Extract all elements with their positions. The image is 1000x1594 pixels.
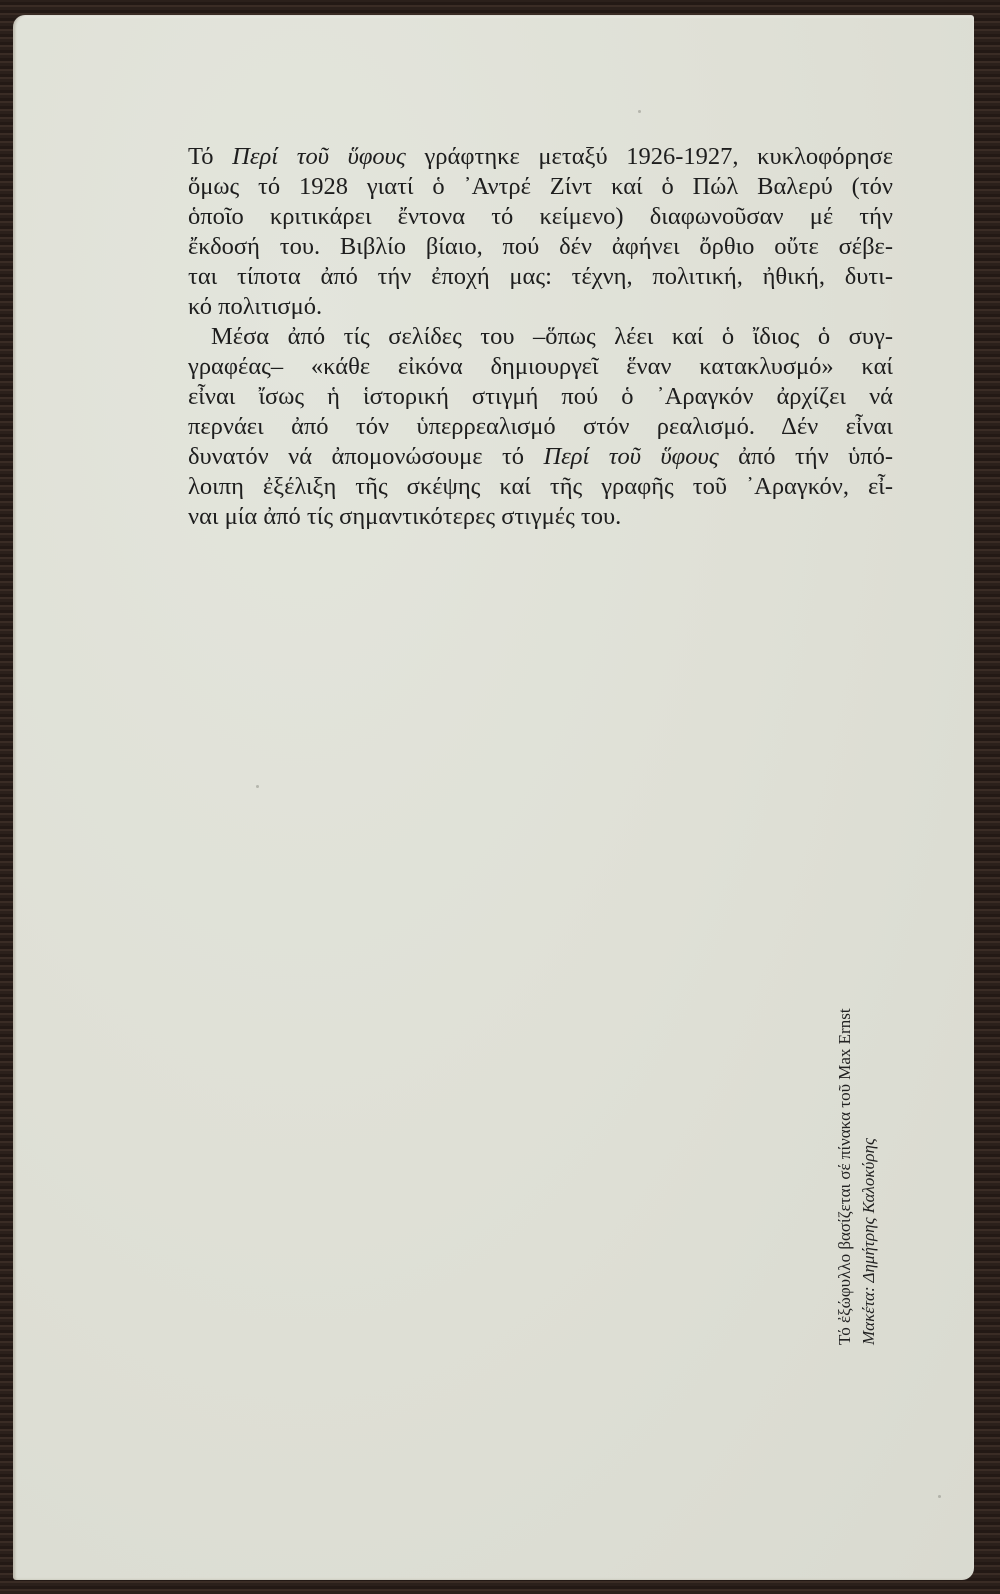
paper-speck bbox=[638, 110, 641, 113]
blurb-text: Τό Περί τοῦ ὕφους γράφτηκε μεταξύ 1926-1… bbox=[188, 142, 893, 532]
blurb-line: ὅμως τό 1928 γιατί ὁ ᾿Αντρέ Ζίντ καί ὁ Π… bbox=[188, 172, 893, 202]
blurb-paragraph-1: Τό Περί τοῦ ὕφους γράφτηκε μεταξύ 1926-1… bbox=[188, 142, 893, 322]
layout-credit: Μακέτα: Δημήτρης Καλοκύρης bbox=[857, 1008, 881, 1345]
blurb-line: ὁποῖο κριτικάρει ἔντονα τό κείμενο) διαφ… bbox=[188, 202, 893, 232]
paper-speck bbox=[938, 1495, 941, 1498]
blurb-line: Μέσα ἀπό τίς σελίδες του –ὅπως λέει καί … bbox=[188, 322, 893, 352]
blurb-line: δυνατόν νά ἀπομονώσουμε τό Περί τοῦ ὕφου… bbox=[188, 442, 893, 472]
cover-credits: Τό ἐξώφυλλο βασίζεται σέ πίνακα τοῦ Max … bbox=[833, 1008, 881, 1345]
blurb-line: Τό Περί τοῦ ὕφους γράφτηκε μεταξύ 1926-1… bbox=[188, 142, 893, 172]
blurb-line: ναι μία ἀπό τίς σημαντικότερες στιγμές τ… bbox=[188, 502, 893, 532]
blurb-line: περνάει ἀπό τόν ὑπερρεαλισμό στόν ρεαλισ… bbox=[188, 412, 893, 442]
blurb-paragraph-2: Μέσα ἀπό τίς σελίδες του –ὅπως λέει καί … bbox=[188, 322, 893, 532]
cover-art-credit: Τό ἐξώφυλλο βασίζεται σέ πίνακα τοῦ Max … bbox=[833, 1008, 857, 1345]
blurb-line: ἔκδοσή του. Βιβλίο βίαιο, πού δέν ἀφήνει… bbox=[188, 232, 893, 262]
paper-speck bbox=[256, 785, 259, 788]
blurb-line: λοιπη ἐξέλιξη τῆς σκέψης καί τῆς γραφῆς … bbox=[188, 472, 893, 502]
blurb-line: γραφέας– «κάθε εἰκόνα δημιουργεῖ ἕναν κα… bbox=[188, 352, 893, 382]
book-title-italic: Περί τοῦ ὕφους bbox=[543, 443, 718, 470]
book-title-italic: Περί τοῦ ὕφους bbox=[232, 143, 406, 170]
blurb-line: κό πολιτισμό. bbox=[188, 292, 893, 322]
blurb-line: εἶναι ἴσως ἡ ἱστορική στιγμή πού ὁ ᾿Αραγ… bbox=[188, 382, 893, 412]
blurb-line: ται τίποτα ἀπό τήν ἐποχή μας: τέχνη, πολ… bbox=[188, 262, 893, 292]
